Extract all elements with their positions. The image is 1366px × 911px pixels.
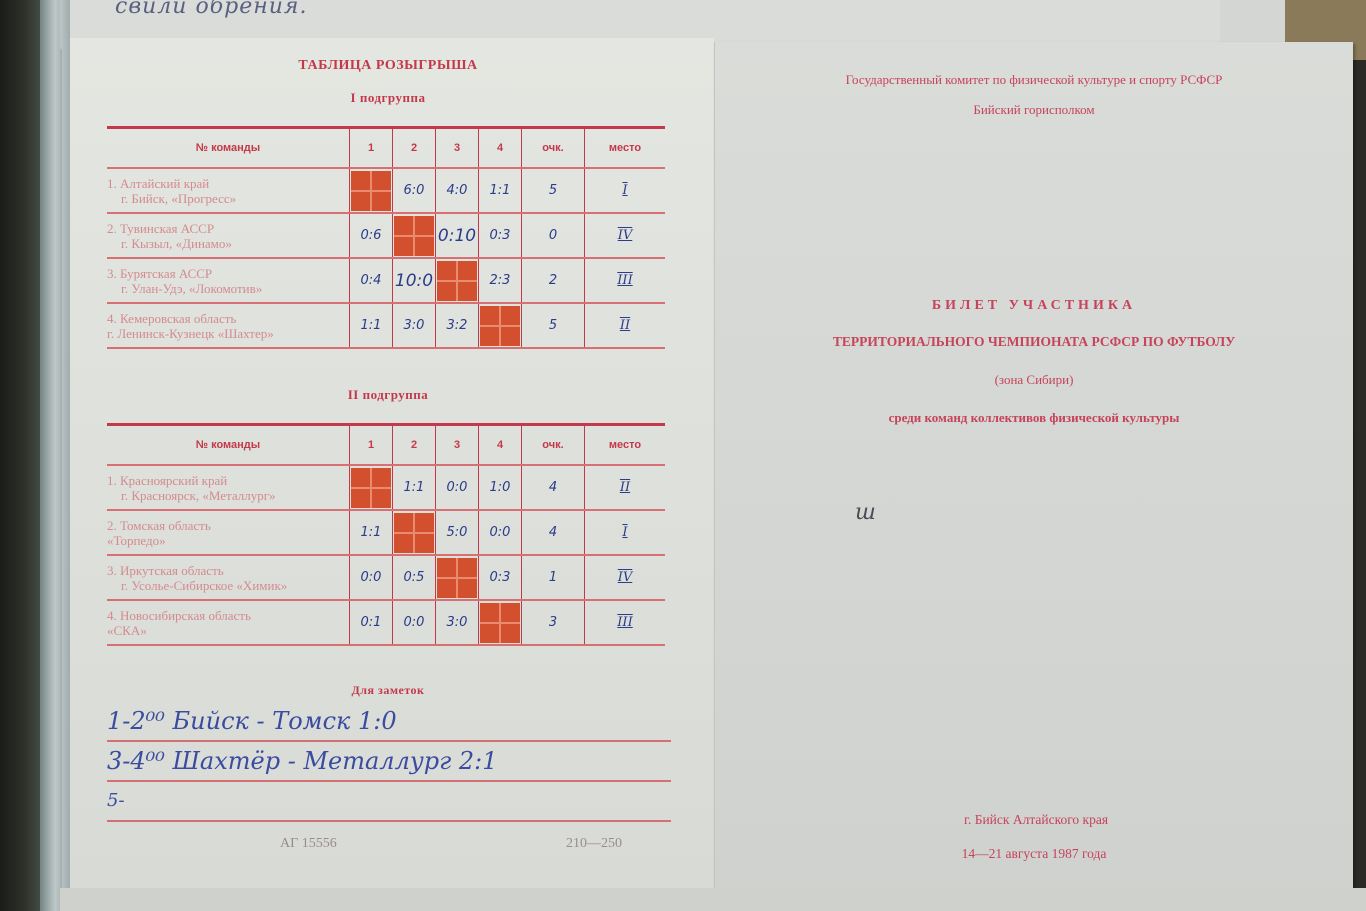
ticket-title: БИЛЕТ УЧАСТНИКА (715, 298, 1353, 314)
points-cell: 2 (522, 258, 585, 303)
table-row: 1. Алтайский крайг. Бийск, «Прогресс» 6:… (107, 168, 665, 213)
team-name: 2. Тувинская АССРг. Кызыл, «Динамо» (107, 213, 350, 258)
print-code: 210—250 (566, 836, 622, 852)
table-row: 4. Новосибирская область«СКА» 0:1 0:0 3:… (107, 600, 665, 645)
place-cell: IV (585, 213, 666, 258)
result-cell: 1:0 (479, 465, 522, 510)
group-2-table: № команды 1 2 3 4 очк. место 1. Краснояр… (107, 423, 665, 646)
self-match-block (393, 213, 436, 258)
org-line-2: Бийский горисполком (715, 102, 1353, 118)
header-col-4: 4 (479, 425, 522, 466)
result-cell: 0:3 (479, 555, 522, 600)
points-cell: 5 (522, 303, 585, 348)
notes-line-1: 1-2⁰⁰ Бийск - Томск 1:0 (107, 702, 671, 742)
table-row: 1. Красноярский крайг. Красноярск, «Мета… (107, 465, 665, 510)
place-cell: III (585, 258, 666, 303)
result-cell: 3:0 (393, 303, 436, 348)
header-col-1: 1 (350, 128, 393, 169)
result-cell: 0:6 (350, 213, 393, 258)
header-col-3: 3 (436, 425, 479, 466)
header-team: № команды (107, 128, 350, 169)
org-line-1: Государственный комитет по физической ку… (715, 72, 1353, 88)
result-cell: 0:0 (393, 600, 436, 645)
result-cell: 1:1 (350, 510, 393, 555)
top-handwritten-note: свили обрения. (115, 0, 307, 19)
header-place: место (585, 425, 666, 466)
result-cell: 4:0 (436, 168, 479, 213)
team-name: 1. Красноярский крайг. Красноярск, «Мета… (107, 465, 350, 510)
place-cell: II (585, 303, 666, 348)
self-match-block (393, 510, 436, 555)
header-col-4: 4 (479, 128, 522, 169)
plastic-sleeve-edge (40, 0, 70, 911)
header-place: место (585, 128, 666, 169)
team-name: 1. Алтайский крайг. Бийск, «Прогресс» (107, 168, 350, 213)
place-cell: III (585, 600, 666, 645)
header-points: очк. (522, 128, 585, 169)
points-cell: 5 (522, 168, 585, 213)
points-cell: 3 (522, 600, 585, 645)
header-col-2: 2 (393, 425, 436, 466)
place-cell: IV (585, 555, 666, 600)
self-match-block (436, 555, 479, 600)
self-match-block (350, 465, 393, 510)
result-cell: 1:1 (350, 303, 393, 348)
group-1-table: № команды 1 2 3 4 очк. место 1. Алтайски… (107, 126, 665, 349)
left-page-standings: ТАБЛИЦА РОЗЫГРЫША I подгруппа № команды … (62, 38, 714, 908)
subtitle: среди команд коллективов физической куль… (715, 410, 1353, 426)
result-cell: 10:0 (393, 258, 436, 303)
result-cell: 1:1 (479, 168, 522, 213)
result-cell: 0:0 (350, 555, 393, 600)
result-cell: 0:0 (479, 510, 522, 555)
notes-label: Для заметок (62, 683, 714, 698)
zone-label: (зона Сибири) (715, 372, 1353, 388)
table-header: № команды 1 2 3 4 очк. место (107, 128, 665, 169)
team-name: 4. Новосибирская область«СКА» (107, 600, 350, 645)
dates-label: 14—21 августа 1987 года (715, 846, 1353, 862)
notes-line-3: 5- (107, 782, 671, 822)
points-cell: 4 (522, 465, 585, 510)
result-cell: 0:1 (350, 600, 393, 645)
result-cell: 0:0 (436, 465, 479, 510)
right-page-cover: Государственный комитет по физической ку… (714, 42, 1353, 888)
self-match-block (479, 600, 522, 645)
background-paper-top-right (1220, 0, 1290, 48)
table-row: 2. Тувинская АССРг. Кызыл, «Динамо» 0:6 … (107, 213, 665, 258)
team-name: 4. Кемеровская областьг. Ленинск-Кузнецк… (107, 303, 350, 348)
standings-title: ТАБЛИЦА РОЗЫГРЫША (62, 58, 714, 74)
result-cell: 2:3 (479, 258, 522, 303)
place-cell: I (585, 168, 666, 213)
result-cell: 0:4 (350, 258, 393, 303)
table-header: № команды 1 2 3 4 очк. место (107, 425, 665, 466)
result-cell: 0:5 (393, 555, 436, 600)
team-name: 3. Бурятская АССРг. Улан-Удэ, «Локомотив… (107, 258, 350, 303)
header-col-1: 1 (350, 425, 393, 466)
header-points: очк. (522, 425, 585, 466)
header-team: № команды (107, 425, 350, 466)
result-cell: 5:0 (436, 510, 479, 555)
result-cell: 3:2 (436, 303, 479, 348)
place-cell: II (585, 465, 666, 510)
result-cell: 0:10 (436, 213, 479, 258)
self-match-block (436, 258, 479, 303)
table-row: 2. Томская область«Торпедо» 1:1 5:0 0:0 … (107, 510, 665, 555)
city-label: г. Бийск Алтайского края (717, 812, 1355, 828)
points-cell: 0 (522, 213, 585, 258)
group-1-label: I подгруппа (62, 90, 714, 106)
result-cell: 3:0 (436, 600, 479, 645)
place-cell: I (585, 510, 666, 555)
header-col-2: 2 (393, 128, 436, 169)
championship-title: ТЕРРИТОРИАЛЬНОГО ЧЕМПИОНАТА РСФСР ПО ФУТ… (715, 334, 1353, 350)
header-col-3: 3 (436, 128, 479, 169)
result-cell: 0:3 (479, 213, 522, 258)
table-row: 3. Бурятская АССРг. Улан-Удэ, «Локомотив… (107, 258, 665, 303)
self-match-block (479, 303, 522, 348)
team-name: 2. Томская область«Торпедо» (107, 510, 350, 555)
table-row: 3. Иркутская областьг. Усолье-Сибирское … (107, 555, 665, 600)
points-cell: 4 (522, 510, 585, 555)
result-cell: 1:1 (393, 465, 436, 510)
group-2-label: II подгруппа (62, 387, 714, 403)
handwritten-mark: ш (855, 500, 876, 525)
serial-number: АГ 15556 (280, 836, 337, 852)
team-name: 3. Иркутская областьг. Усолье-Сибирское … (107, 555, 350, 600)
notes-line-2: 3-4⁰⁰ Шахтёр - Металлург 2:1 (107, 742, 671, 782)
background-paper-bottom (60, 888, 1366, 911)
points-cell: 1 (522, 555, 585, 600)
result-cell: 6:0 (393, 168, 436, 213)
self-match-block (350, 168, 393, 213)
table-row: 4. Кемеровская областьг. Ленинск-Кузнецк… (107, 303, 665, 348)
